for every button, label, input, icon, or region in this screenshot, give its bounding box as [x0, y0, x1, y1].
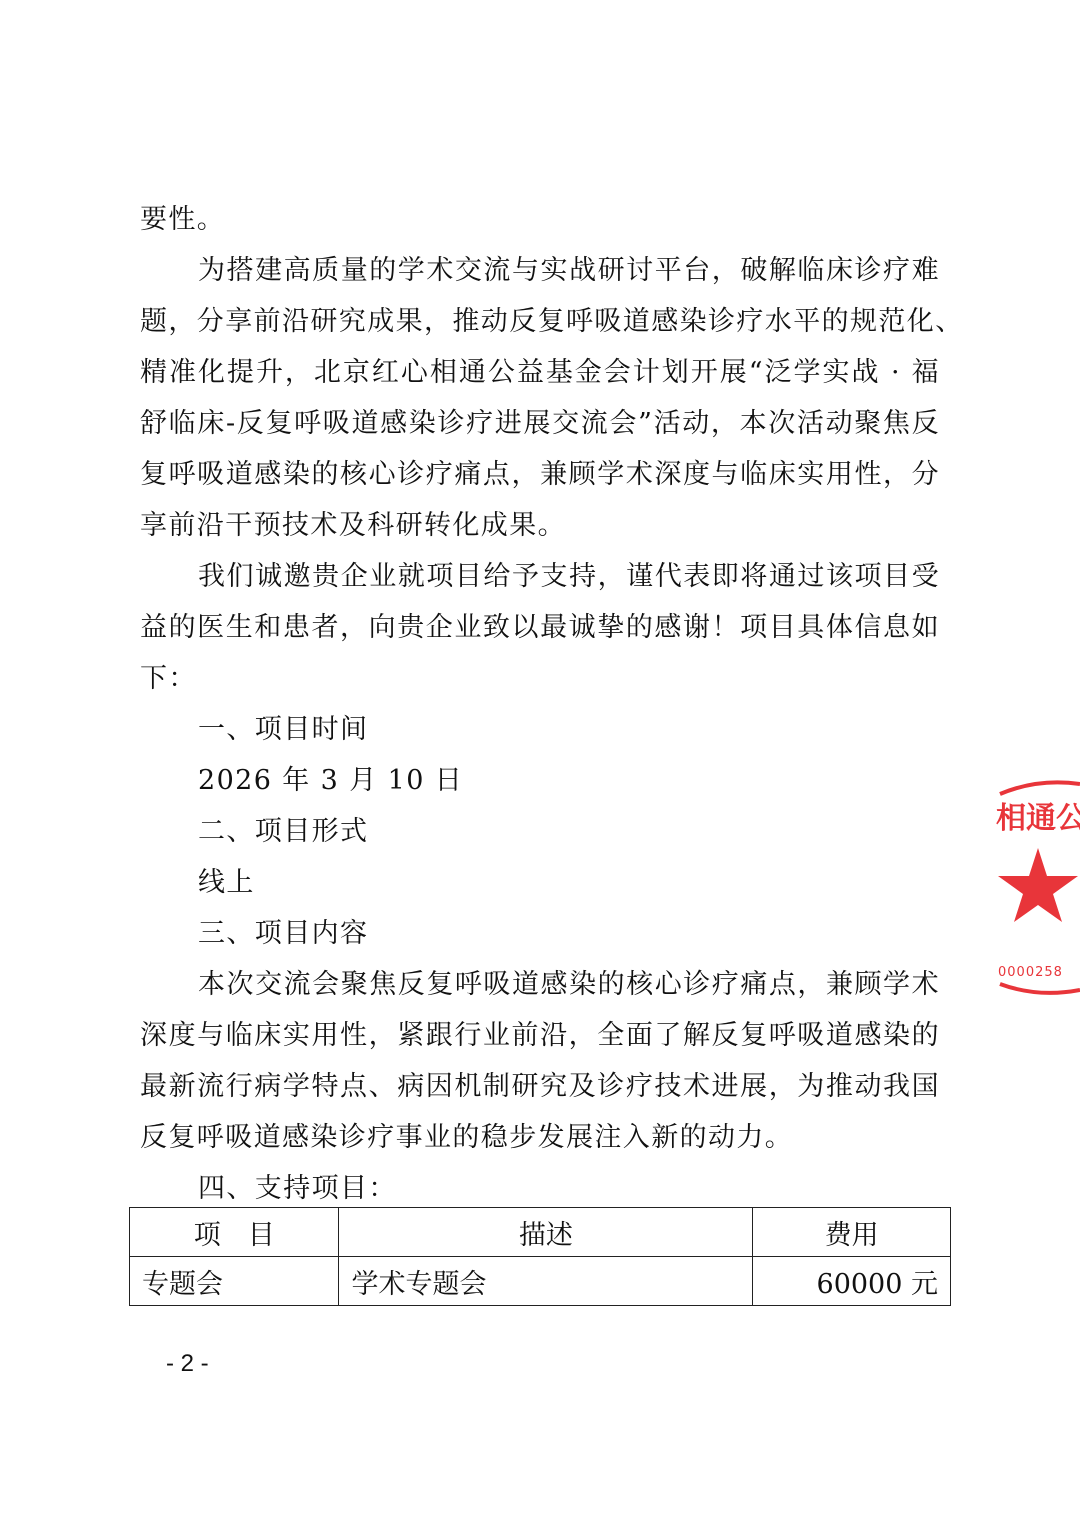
stamp-text: 相通公 [996, 801, 1080, 836]
table-row: 专题会 学术专题会 60000 元 [130, 1257, 951, 1306]
support-table: 项 目 描述 费用 专题会 学术专题会 60000 元 [129, 1207, 951, 1306]
paragraph-3-line: 益的医生和患者，向贵企业致以最诚挚的感谢！项目具体信息如 [140, 611, 940, 645]
table-header-cost: 费用 [753, 1208, 951, 1257]
content-line: 本次交流会聚焦反复呼吸道感染的核心诊疗痛点，兼顾学术 [198, 968, 940, 1002]
table-cell-cost: 60000 元 [753, 1257, 951, 1306]
paragraph-2-line: 题，分享前沿研究成果，推动反复呼吸道感染诊疗水平的规范化、 [140, 305, 940, 339]
stamp-number: 0000258 [998, 965, 1063, 980]
table-header-item: 项 目 [130, 1208, 339, 1257]
content-line: 最新流行病学特点、病因机制研究及诊疗技术进展，为推动我国 [140, 1070, 940, 1104]
section-content-time: 2026 年 3 月 10 日 [198, 764, 940, 798]
page-number: - 2 - [166, 1350, 209, 1378]
paragraph-1-tail: 要性。 [140, 203, 940, 237]
table-cell-description: 学术专题会 [339, 1257, 753, 1306]
official-seal-stamp: 相通公 0000258 [990, 770, 1080, 1000]
table-header-description: 描述 [339, 1208, 753, 1257]
star-icon [998, 848, 1078, 922]
section-heading-time: 一、项目时间 [198, 713, 940, 747]
paragraph-3-line: 我们诚邀贵企业就项目给予支持，谨代表即将通过该项目受 [198, 560, 940, 594]
content-line: 深度与临床实用性，紧跟行业前沿，全面了解反复呼吸道感染的 [140, 1019, 940, 1053]
paragraph-2-line: 享前沿干预技术及科研转化成果。 [140, 509, 940, 543]
table-cell-item: 专题会 [130, 1257, 339, 1306]
paragraph-3-line: 下： [140, 662, 940, 696]
paragraph-2-line: 精准化提升，北京红心相通公益基金会计划开展“泛学实战 · 福 [140, 356, 940, 390]
paragraph-2-line: 为搭建高质量的学术交流与实战研讨平台，破解临床诊疗难 [198, 254, 940, 288]
section-content-format: 线上 [198, 866, 940, 900]
table-header-row: 项 目 描述 费用 [130, 1208, 951, 1257]
section-heading-content: 三、项目内容 [198, 917, 940, 951]
paragraph-2-line: 复呼吸道感染的核心诊疗痛点，兼顾学术深度与临床实用性，分 [140, 458, 940, 492]
content-line: 反复呼吸道感染诊疗事业的稳步发展注入新的动力。 [140, 1121, 940, 1155]
section-heading-support: 四、支持项目： [198, 1172, 940, 1206]
paragraph-2-line: 舒临床-反复呼吸道感染诊疗进展交流会”活动，本次活动聚焦反 [140, 407, 940, 441]
section-heading-format: 二、项目形式 [198, 815, 940, 849]
document-page: 要性。 为搭建高质量的学术交流与实战研讨平台，破解临床诊疗难 题，分享前沿研究成… [0, 0, 1080, 1527]
